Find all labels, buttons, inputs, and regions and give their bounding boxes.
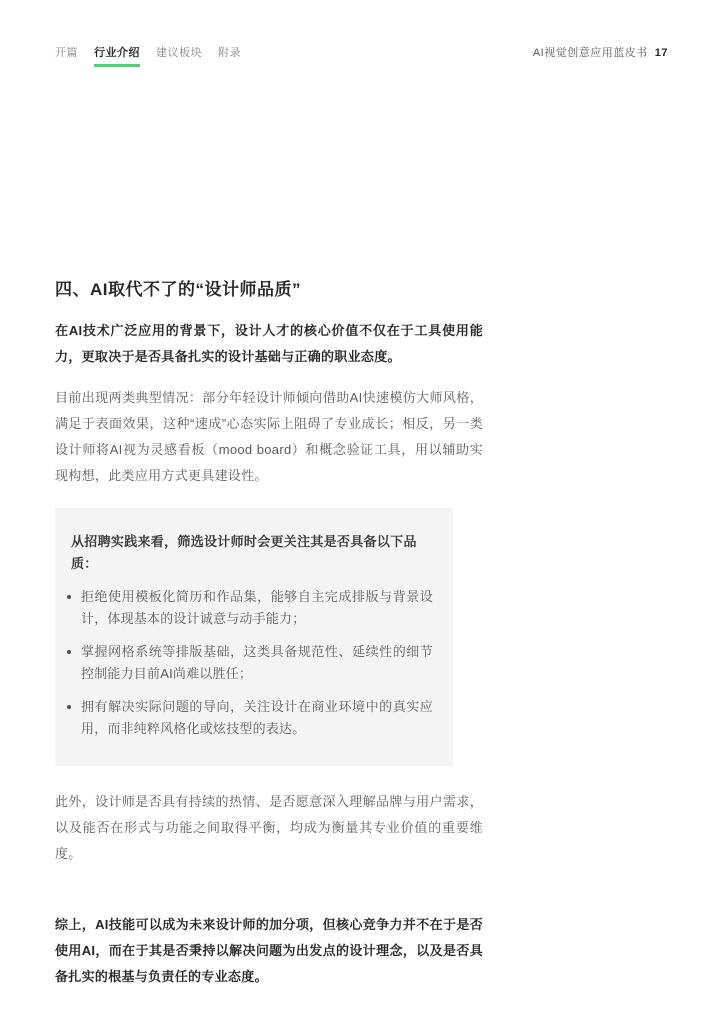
top-nav: 开篇 行业介绍 建议板块 附录 — [55, 46, 241, 67]
quality-bullet-item: 掌握网格系统等排版基础，这类具备规范性、延续性的细节控制能力目前AI尚难以胜任； — [71, 641, 433, 685]
quality-box-title: 从招聘实践来看，筛选设计师时会更关注其是否具备以下品质： — [71, 531, 433, 575]
document-page: 开篇 行业介绍 建议板块 附录 AI视觉创意应用蓝皮书17 四、AI取代不了的“… — [0, 0, 724, 1024]
doc-title: AI视觉创意应用蓝皮书 — [533, 47, 648, 59]
doc-reference: AI视觉创意应用蓝皮书17 — [533, 46, 668, 60]
section-heading: 四、AI取代不了的“设计师品质” — [55, 278, 483, 302]
quality-callout-box: 从招聘实践来看，筛选设计师时会更关注其是否具备以下品质： 拒绝使用模板化简历和作… — [55, 508, 453, 766]
quality-bullet-item: 拥有解决实际问题的导向，关注设计在商业环境中的真实应用，而非纯粹风格化或炫技型的… — [71, 696, 433, 740]
nav-item-suggestions[interactable]: 建议板块 — [156, 46, 202, 67]
nav-item-opening[interactable]: 开篇 — [55, 46, 78, 67]
nav-item-appendix[interactable]: 附录 — [218, 46, 241, 67]
quality-bullet-item: 拒绝使用模板化简历和作品集，能够自主完成排版与背景设计，体现基本的设计诚意与动手… — [71, 586, 433, 630]
nav-item-industry-intro[interactable]: 行业介绍 — [94, 46, 140, 67]
intro-paragraph: 在AI技术广泛应用的背景下，设计人才的核心价值不仅在于工具使用能力，更取决于是否… — [55, 318, 483, 370]
page-header: 开篇 行业介绍 建议板块 附录 AI视觉创意应用蓝皮书17 — [55, 46, 668, 67]
typical-cases-paragraph: 目前出现两类典型情况：部分年轻设计师倾向借助AI快速模仿大师风格，满足于表面效果… — [55, 385, 483, 489]
page-number: 17 — [655, 47, 668, 59]
conclusion-paragraph: 综上，AI技能可以成为未来设计师的加分项，但核心竞争力并不在于是否使用AI，而在… — [55, 912, 483, 990]
additional-dimensions-paragraph: 此外，设计师是否具有持续的热情、是否愿意深入理解品牌与用户需求，以及能否在形式与… — [55, 789, 483, 867]
content-column: 四、AI取代不了的“设计师品质” 在AI技术广泛应用的背景下，设计人才的核心价值… — [55, 278, 483, 990]
quality-bullet-list: 拒绝使用模板化简历和作品集，能够自主完成排版与背景设计，体现基本的设计诚意与动手… — [71, 586, 433, 740]
